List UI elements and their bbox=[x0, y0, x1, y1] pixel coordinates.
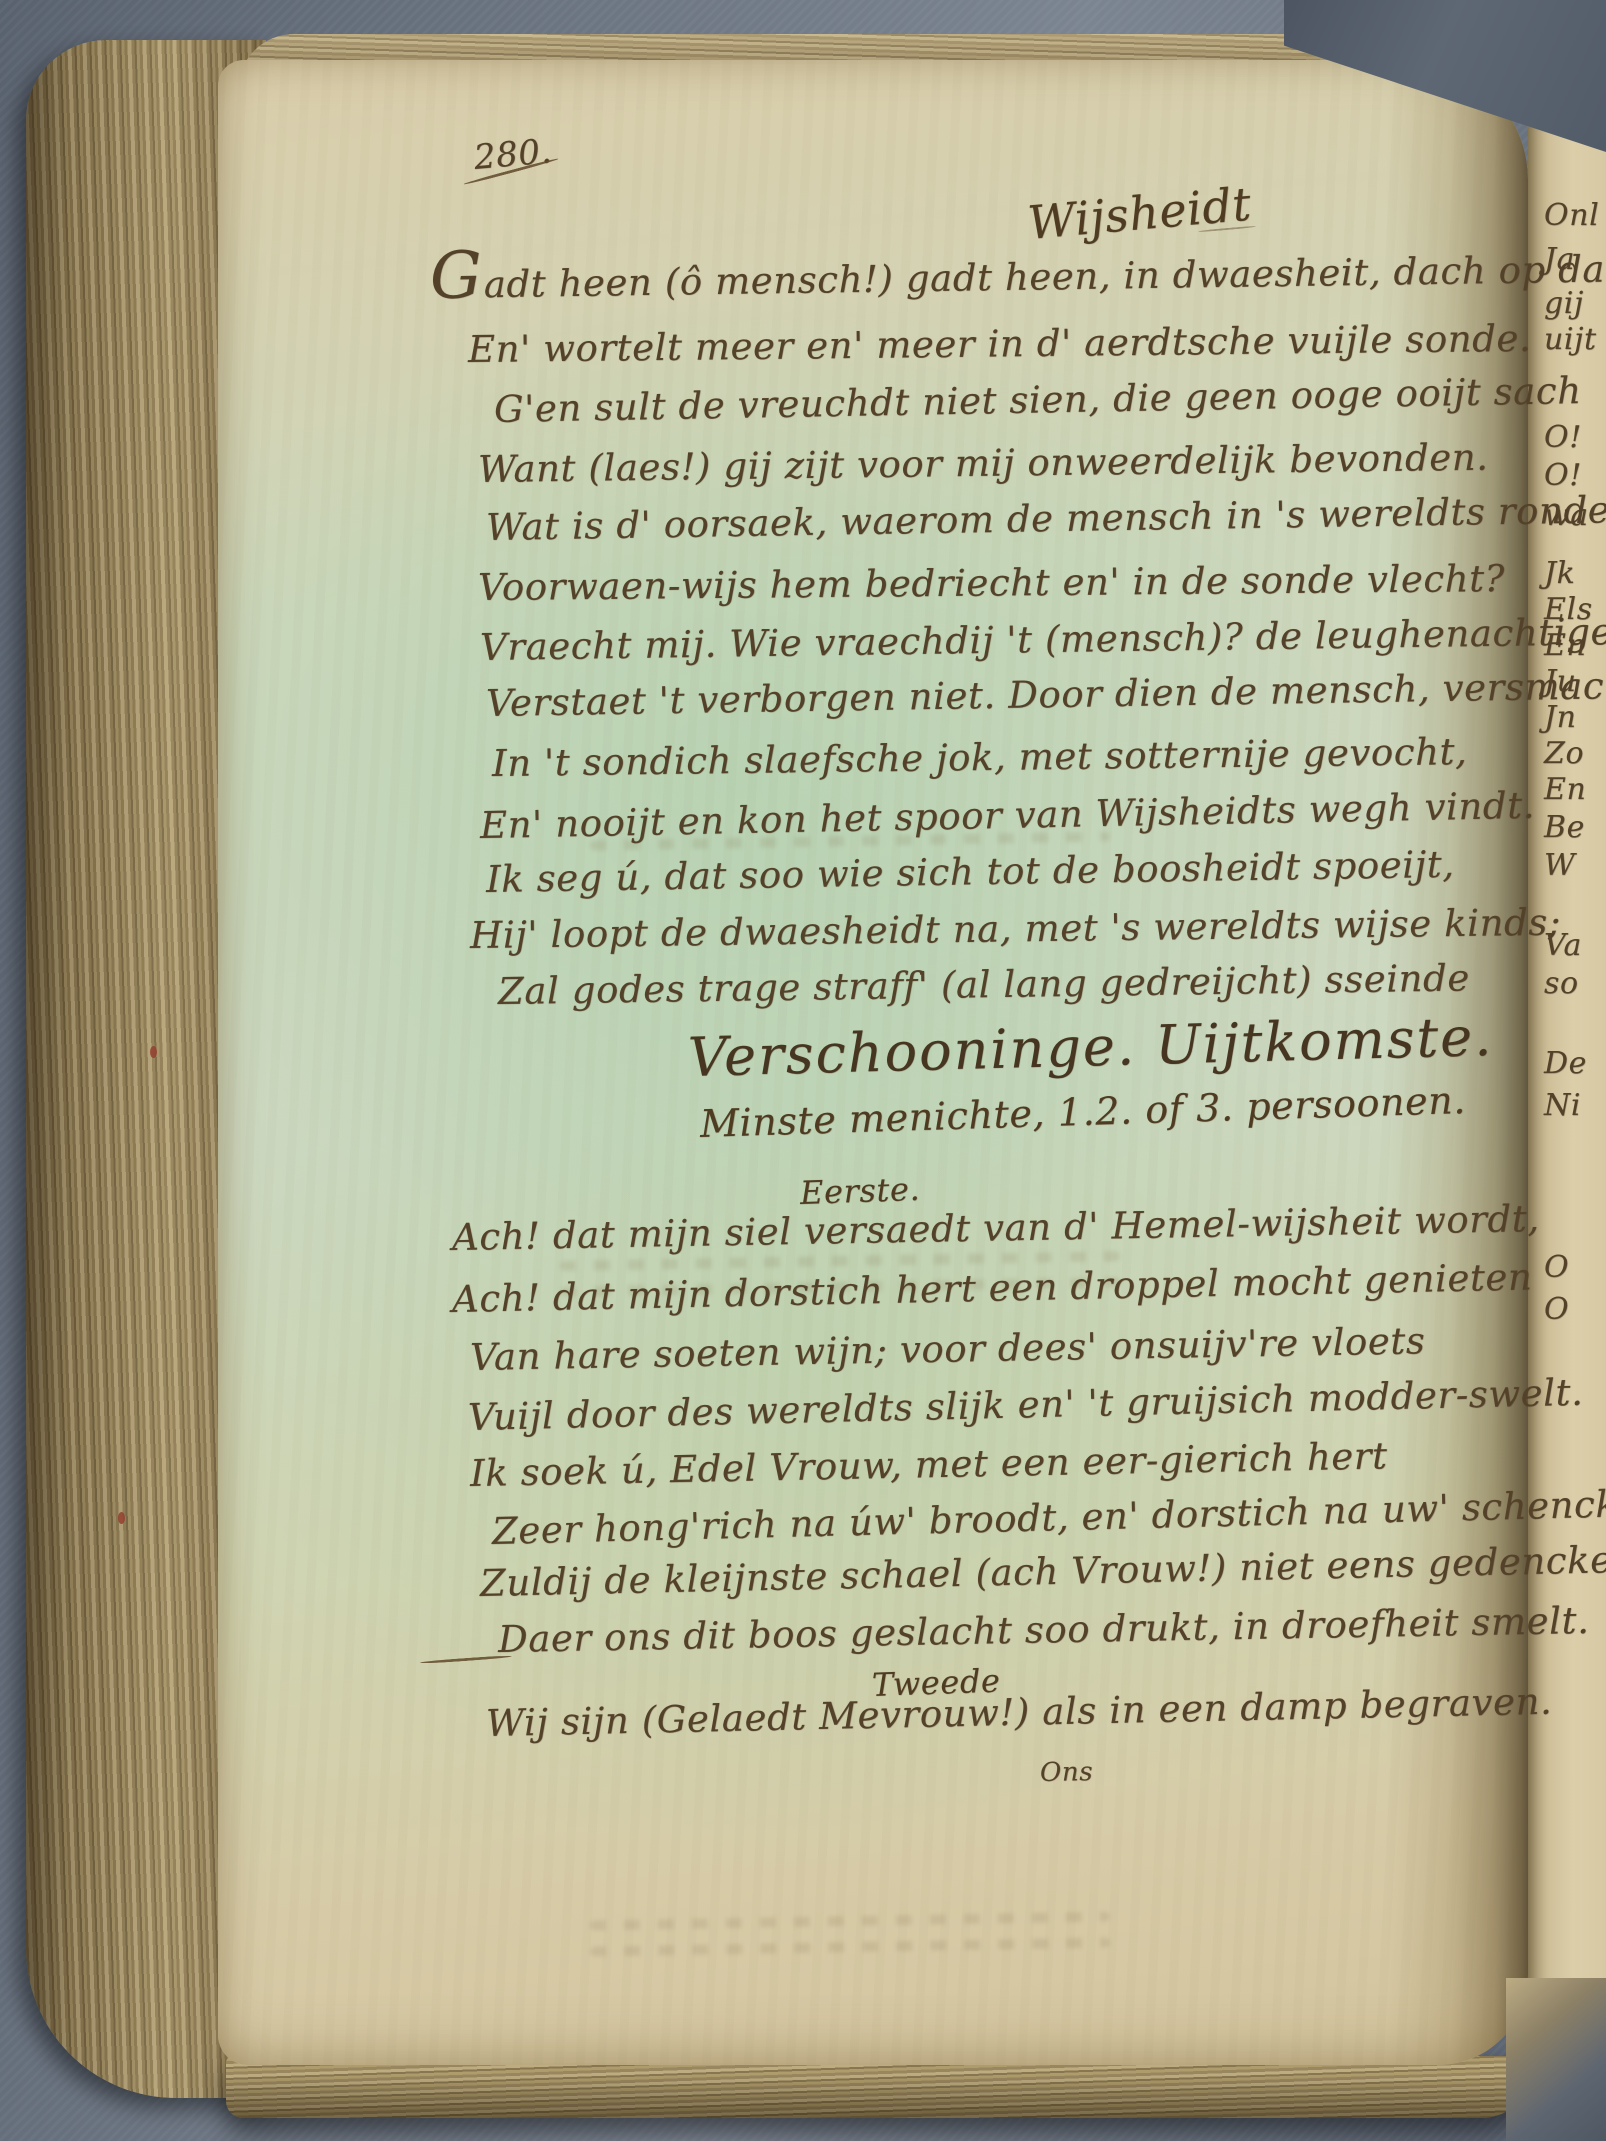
facing-page-fragment: uijt bbox=[1544, 322, 1597, 357]
cloth-background-bottom-right bbox=[1506, 1978, 1606, 2141]
facing-page-fragment: O! bbox=[1544, 420, 1582, 455]
facing-page-fragment: so bbox=[1544, 966, 1579, 1001]
facing-page-fragment: Jk bbox=[1544, 556, 1575, 591]
facing-page-fragment: gij bbox=[1544, 286, 1584, 321]
book-bottom-edge-pages bbox=[226, 2056, 1536, 2118]
facing-page-fragment: wa bbox=[1544, 498, 1589, 533]
facing-page-fragment: Zo bbox=[1544, 736, 1584, 771]
red-speck bbox=[150, 1046, 157, 1058]
facing-page-fragment: De bbox=[1544, 1046, 1587, 1081]
facing-page-fragment: Ni bbox=[1544, 1088, 1581, 1123]
facing-page-fragment: Onl bbox=[1544, 198, 1599, 233]
facing-page-fragment: Be bbox=[1544, 810, 1585, 845]
facing-page-fragment: Els bbox=[1544, 592, 1593, 627]
poem-line: Voorwaen-wijs hem bedriecht en' in de so… bbox=[478, 557, 1505, 609]
facing-page-fragment: Va bbox=[1544, 928, 1582, 963]
facing-page-fragment: O bbox=[1544, 1292, 1569, 1327]
facing-page-fragment: O! bbox=[1544, 458, 1582, 493]
facing-page-fragment: O bbox=[1544, 1250, 1569, 1285]
manuscript-photo: 280. Wijsheidt Gadt heen (ô mensch!) gad… bbox=[0, 0, 1606, 2141]
red-speck bbox=[118, 1512, 125, 1524]
facing-page-fragment: En bbox=[1544, 628, 1586, 663]
facing-page-fragment: En bbox=[1544, 772, 1586, 807]
ink-bleedthrough bbox=[589, 1895, 1110, 1972]
catchword: Ons bbox=[1040, 1757, 1094, 1788]
facing-page-fragment: Ju bbox=[1544, 664, 1577, 699]
facing-page-fragment: Jn bbox=[1544, 700, 1577, 735]
facing-page-fragment: W bbox=[1544, 848, 1575, 883]
speaker-heading-first: Eerste. bbox=[799, 1170, 920, 1212]
facing-page-fragment: Ja bbox=[1544, 242, 1575, 277]
